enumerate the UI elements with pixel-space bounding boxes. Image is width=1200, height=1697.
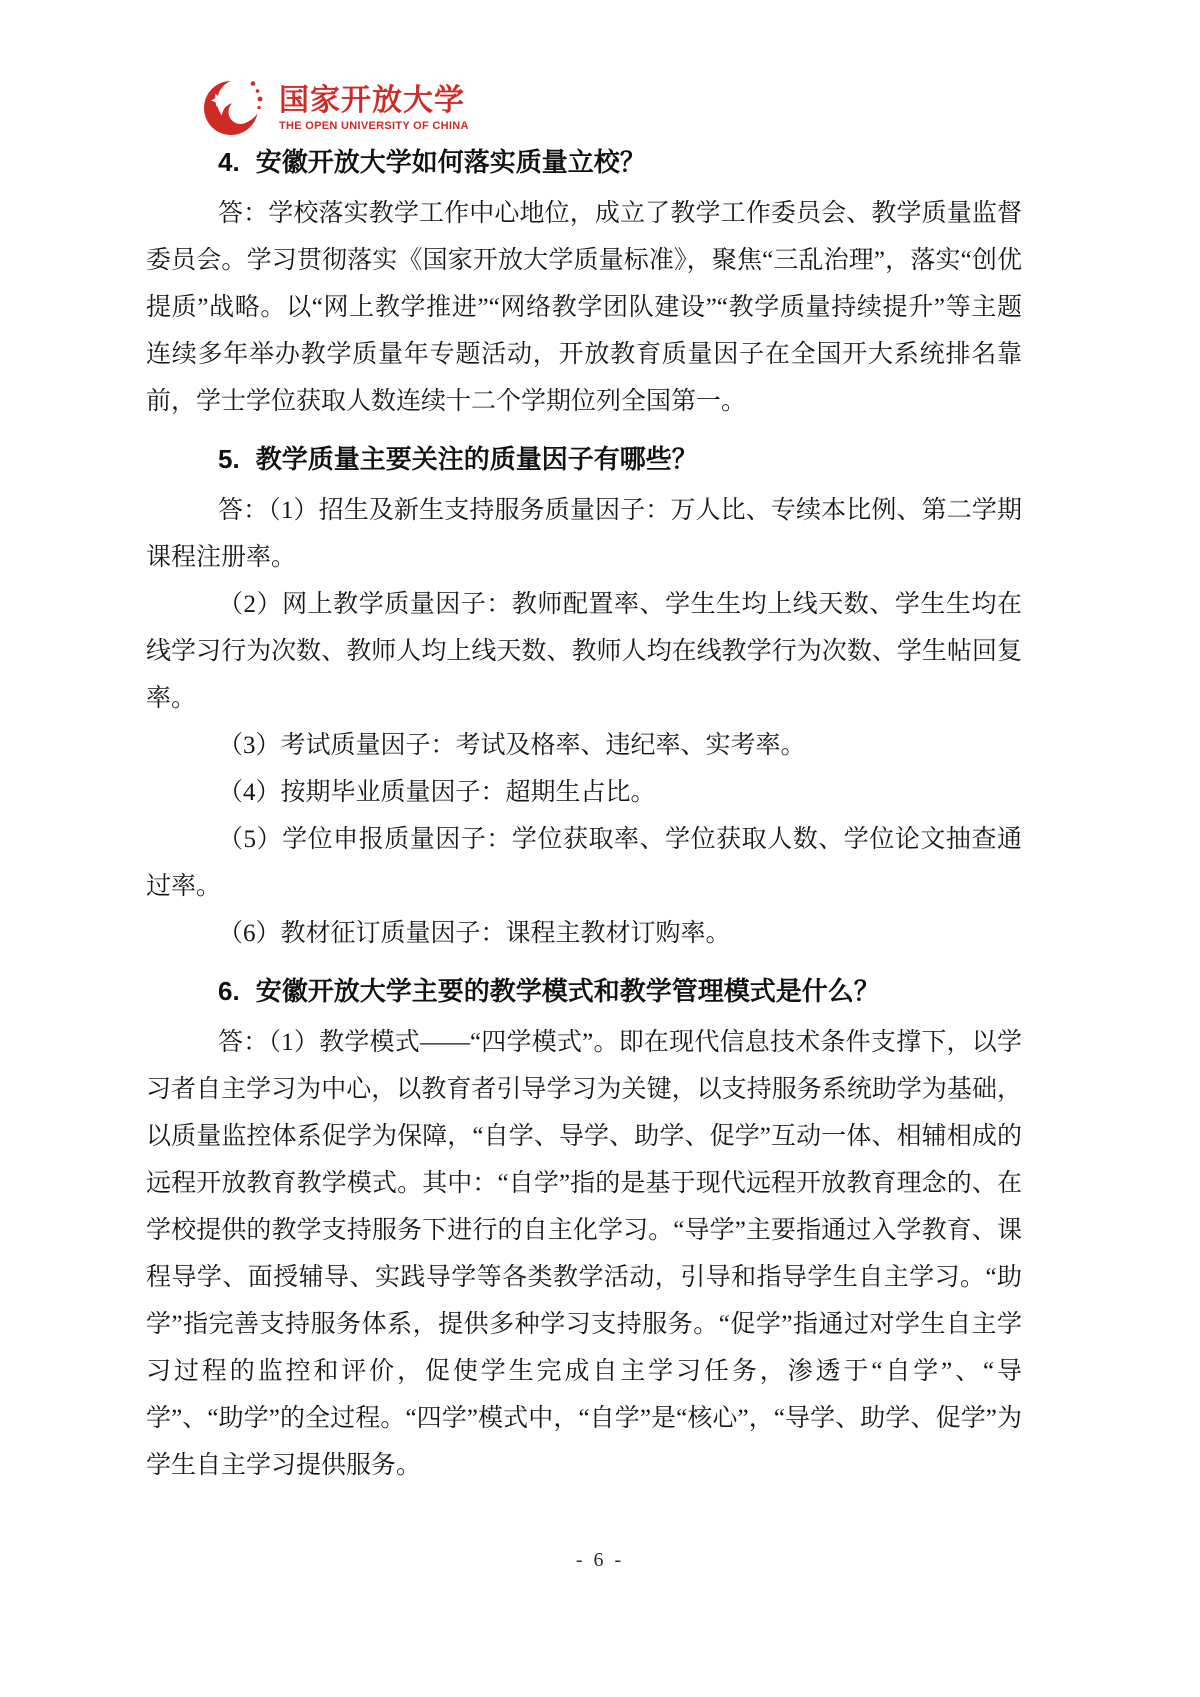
ouc-logo: 国家开放大学 THE OPEN UNIVERSITY OF CHINA [204, 74, 469, 142]
answer-paragraph: （6）教材征订质量因子：课程主教材订购率。 [146, 910, 1022, 957]
document-page: { "logo": { "cn_name": "国家开放大学", "en_nam… [0, 0, 1200, 1697]
page-footer: - 6 - [0, 1549, 1200, 1572]
logo-en-name: THE OPEN UNIVERSITY OF CHINA [279, 120, 469, 132]
question-number: 5. [218, 444, 240, 474]
answer-paragraph: （3）考试质量因子：考试及格率、违纪率、实考率。 [146, 722, 1022, 769]
question-number: 6. [218, 976, 240, 1006]
faq-section-6: 6.安徽开放大学主要的教学模式和教学管理模式是什么？ 答：（1）教学模式——“四… [146, 968, 1022, 1489]
answer-paragraph: （2）网上教学质量因子：教师配置率、学生生均上线天数、学生生均在线学习行为次数、… [146, 581, 1022, 722]
answer-paragraph: 答：（1）招生及新生支持服务质量因子：万人比、专续本比例、第二学期课程注册率。 [146, 487, 1022, 581]
ouc-crescent-star-icon [204, 74, 264, 142]
question-title: 安徽开放大学如何落实质量立校？ [256, 147, 646, 177]
answer-paragraph: 答：学校落实教学工作中心地位，成立了教学工作委员会、教学质量监督委员会。学习贯彻… [146, 190, 1022, 425]
question-title: 教学质量主要关注的质量因子有哪些？ [256, 444, 698, 474]
faq-section-5: 5.教学质量主要关注的质量因子有哪些？ 答：（1）招生及新生支持服务质量因子：万… [146, 436, 1022, 957]
question-number: 4. [218, 147, 240, 177]
document-content: 4.安徽开放大学如何落实质量立校？ 答：学校落实教学工作中心地位，成立了教学工作… [146, 139, 1022, 1489]
faq-section-4: 4.安徽开放大学如何落实质量立校？ 答：学校落实教学工作中心地位，成立了教学工作… [146, 139, 1022, 425]
question-heading: 6.安徽开放大学主要的教学模式和教学管理模式是什么？ [146, 968, 1022, 1015]
answer-paragraph: （5）学位申报质量因子：学位获取率、学位获取人数、学位论文抽查通过率。 [146, 816, 1022, 910]
question-heading: 5.教学质量主要关注的质量因子有哪些？ [146, 436, 1022, 483]
answer-paragraph: 答：（1）教学模式——“四学模式”。即在现代信息技术条件支撑下，以学习者自主学习… [146, 1019, 1022, 1489]
question-heading: 4.安徽开放大学如何落实质量立校？ [146, 139, 1022, 186]
question-title: 安徽开放大学主要的教学模式和教学管理模式是什么？ [256, 976, 880, 1006]
logo-cn-name: 国家开放大学 [279, 84, 469, 118]
logo-text: 国家开放大学 THE OPEN UNIVERSITY OF CHINA [279, 84, 469, 132]
answer-paragraph: （4）按期毕业质量因子：超期生占比。 [146, 769, 1022, 816]
page-number: - 6 - [576, 1549, 624, 1571]
